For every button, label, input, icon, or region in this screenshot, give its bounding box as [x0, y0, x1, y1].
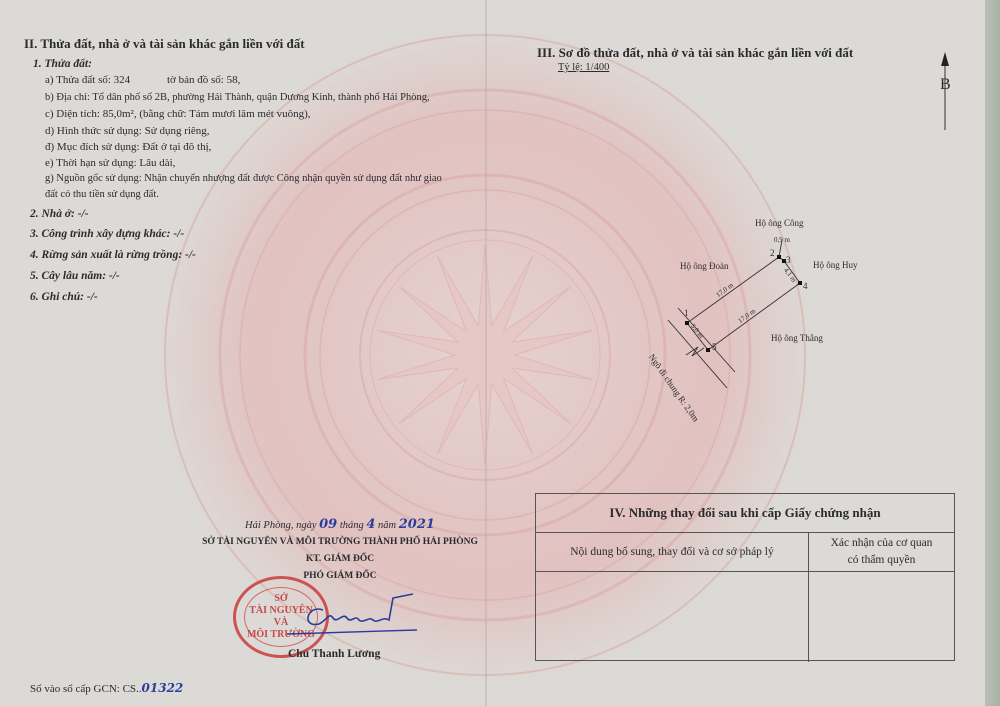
- neighbor-north: Hộ ông Công: [755, 218, 804, 228]
- registry-label: Số vào sổ cấp GCN: CS..: [30, 683, 142, 695]
- neighbor-east: Hộ ông Huy: [813, 260, 858, 270]
- usage-origin-line2: đất có thu tiền sử dụng đất.: [45, 189, 159, 200]
- area: c) Diện tích: 85,0m², (bằng chữ: Tám mươ…: [45, 108, 311, 120]
- column-confirmation-line2: có thẩm quyền: [831, 552, 933, 569]
- column-content-header: Nội dung bổ sung, thay đổi và cơ sở pháp…: [536, 533, 809, 571]
- issue-date: Hải Phòng, ngày 09 tháng 4 năm 2021: [170, 516, 510, 534]
- signer-name: Chu Thanh Lương: [288, 648, 380, 660]
- background-edge: [985, 0, 1000, 706]
- perennial-item: 5. Cây lâu năm: -/-: [30, 270, 120, 282]
- notes-item: 6. Ghi chú: -/-: [30, 291, 98, 303]
- neighbor-west: Hộ ông Đoàn: [680, 261, 729, 271]
- other-construction-item: 3. Công trình xây dựng khác: -/-: [30, 228, 184, 240]
- edge-2-3-length: 0,9 m: [774, 236, 790, 244]
- date-day: 09: [319, 517, 337, 532]
- point-3-label: 3: [786, 255, 791, 265]
- address: b) Địa chỉ: Tổ dân phố số 2B, phường Hải…: [45, 92, 430, 103]
- registry-line: Số vào sổ cấp GCN: CS..01322: [30, 681, 183, 695]
- usage-term: e) Thời hạn sử dụng: Lâu dài,: [45, 157, 175, 169]
- north-label: B: [940, 76, 951, 94]
- usage-purpose: đ) Mục đích sử dụng: Đất ở tại đô thị,: [45, 141, 211, 153]
- column-confirmation-header: Xác nhận của cơ quan có thẩm quyền: [809, 533, 954, 571]
- month-label: tháng: [340, 520, 364, 531]
- date-year: 2021: [399, 517, 435, 532]
- forest-item: 4. Rừng sản xuất là rừng trồng: -/-: [30, 249, 196, 261]
- map-scale: Tỷ lệ: 1/400: [558, 62, 609, 73]
- date-prefix: Hải Phòng, ngày: [245, 520, 316, 531]
- neighbor-south: Hộ ông Thắng: [771, 333, 823, 343]
- house-item: 2. Nhà ở: -/-: [30, 208, 89, 220]
- section2-title: II. Thửa đất, nhà ở và tài sản khác gắn …: [24, 36, 305, 52]
- changes-table-title: IV. Những thay đổi sau khi cấp Giấy chứn…: [536, 494, 954, 533]
- north-arrow-icon: [930, 50, 960, 140]
- signer-role-1: KT. GIÁM ĐỐC: [170, 551, 510, 568]
- land-heading: 1. Thửa đất:: [33, 58, 92, 70]
- date-month: 4: [366, 517, 375, 532]
- point-5-label: 5: [712, 342, 717, 352]
- section3-title: III. Sơ đồ thửa đất, nhà ở và tài sản kh…: [537, 45, 853, 61]
- column-confirmation-line1: Xác nhận của cơ quan: [831, 535, 933, 552]
- usage-form: d) Hình thức sử dụng: Sử dụng riêng,: [45, 125, 210, 137]
- usage-origin-line1: g) Nguồn gốc sử dụng: Nhận chuyển nhượng…: [45, 173, 442, 184]
- changes-confirmation-cell: [809, 572, 954, 662]
- point-4-label: 4: [803, 281, 808, 291]
- handwritten-signature: [285, 590, 425, 640]
- signer-role-2: PHÓ GIÁM ĐỐC: [170, 568, 510, 585]
- point-2-label: 2: [770, 248, 775, 258]
- parcel-number: a) Thửa đất số: 324: [45, 74, 130, 86]
- changes-table-row: [536, 572, 954, 662]
- changes-table-header: Nội dung bổ sung, thay đổi và cơ sở pháp…: [536, 533, 954, 572]
- registry-number: 01322: [142, 681, 184, 695]
- changes-content-cell: [536, 572, 809, 662]
- map-sheet-number: tờ bản đồ số: 58,: [167, 74, 240, 86]
- point-1-label: 1: [684, 308, 689, 318]
- page-fold: [485, 0, 487, 706]
- changes-table: IV. Những thay đổi sau khi cấp Giấy chứn…: [535, 493, 955, 661]
- issuing-agency: SỞ TÀI NGUYÊN VÀ MÔI TRƯỜNG THÀNH PHỐ HẢ…: [170, 534, 510, 551]
- year-label: năm: [378, 520, 396, 531]
- signature-block: Hải Phòng, ngày 09 tháng 4 năm 2021 SỞ T…: [170, 516, 510, 585]
